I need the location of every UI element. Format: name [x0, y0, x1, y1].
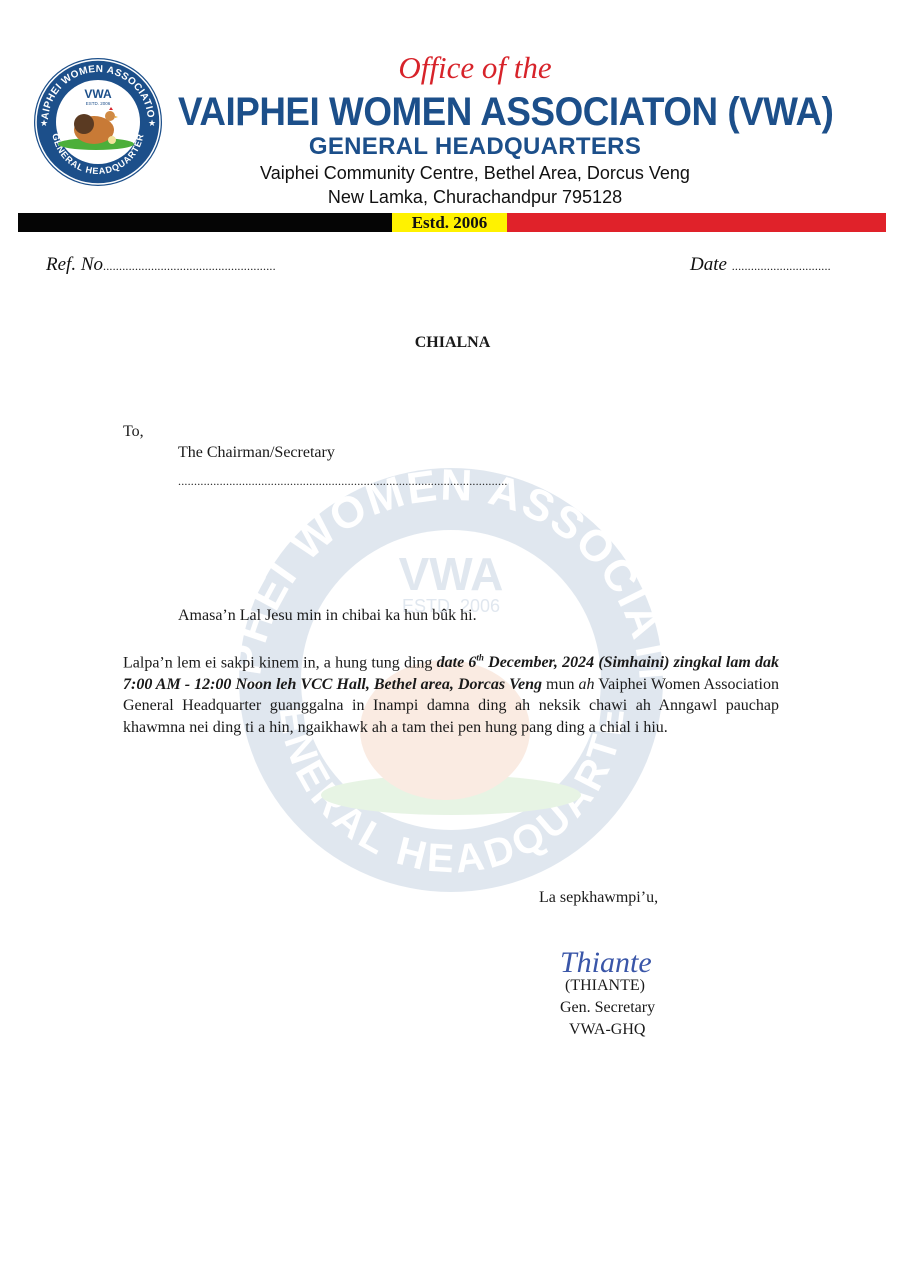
- closing: La sepkhawmpi’u,: [539, 889, 658, 907]
- bar-red-segment: [507, 213, 886, 232]
- letter-body-paragraph: Lalpa’n lem ei sakpi kinem in, a hung tu…: [123, 648, 779, 738]
- date-field: Date ...............................: [690, 254, 831, 276]
- signatory-organization: VWA-GHQ: [569, 1021, 645, 1039]
- date-label: Date: [690, 254, 727, 275]
- office-of-heading: Office of the: [0, 50, 905, 86]
- recipient-blank-line: ........................................…: [178, 474, 508, 489]
- greeting: Amasa’n Lal Jesu min in chibai ka hun bû…: [178, 607, 477, 625]
- division-heading: GENERAL HEADQUARTERS: [0, 133, 905, 161]
- body-text-2: mun: [542, 676, 579, 693]
- body-ah: ah: [579, 676, 595, 693]
- svg-text:VWA: VWA: [399, 548, 504, 600]
- address-line-2: New Lamka, Churachandpur 795128: [0, 187, 905, 208]
- svg-text:ESTD. 2006: ESTD. 2006: [86, 101, 111, 106]
- svg-text:★: ★: [148, 118, 156, 128]
- letterhead-color-bar: Estd. 2006: [18, 213, 886, 232]
- established-badge: Estd. 2006: [392, 213, 507, 232]
- recipient: The Chairman/Secretary: [178, 444, 335, 462]
- bar-black-segment: [18, 213, 392, 232]
- signatory-title: Gen. Secretary: [560, 999, 655, 1017]
- svg-text:Thiante: Thiante: [560, 946, 652, 979]
- address-line-1: Vaiphei Community Centre, Bethel Area, D…: [0, 163, 905, 184]
- ref-no-label: Ref. No: [46, 254, 103, 275]
- date-dots: ...............................: [732, 259, 831, 273]
- ref-no-dots: ........................................…: [103, 259, 276, 273]
- body-text-1: Lalpa’n lem ei sakpi kinem in, a hung tu…: [123, 654, 437, 671]
- to-label: To,: [123, 423, 144, 441]
- signature: Thiante: [556, 944, 671, 980]
- letter-title: CHIALNA: [0, 334, 905, 352]
- ref-no-field: Ref. No.................................…: [46, 254, 276, 276]
- date-superscript: th: [476, 653, 484, 663]
- svg-text:VWA: VWA: [84, 87, 112, 101]
- svg-text:★: ★: [40, 118, 48, 128]
- organization-name: VAIPHEI WOMEN ASSOCIATON (VWA): [178, 90, 833, 135]
- event-date: date 6: [437, 654, 477, 671]
- signatory-name: (THIANTE): [565, 977, 645, 995]
